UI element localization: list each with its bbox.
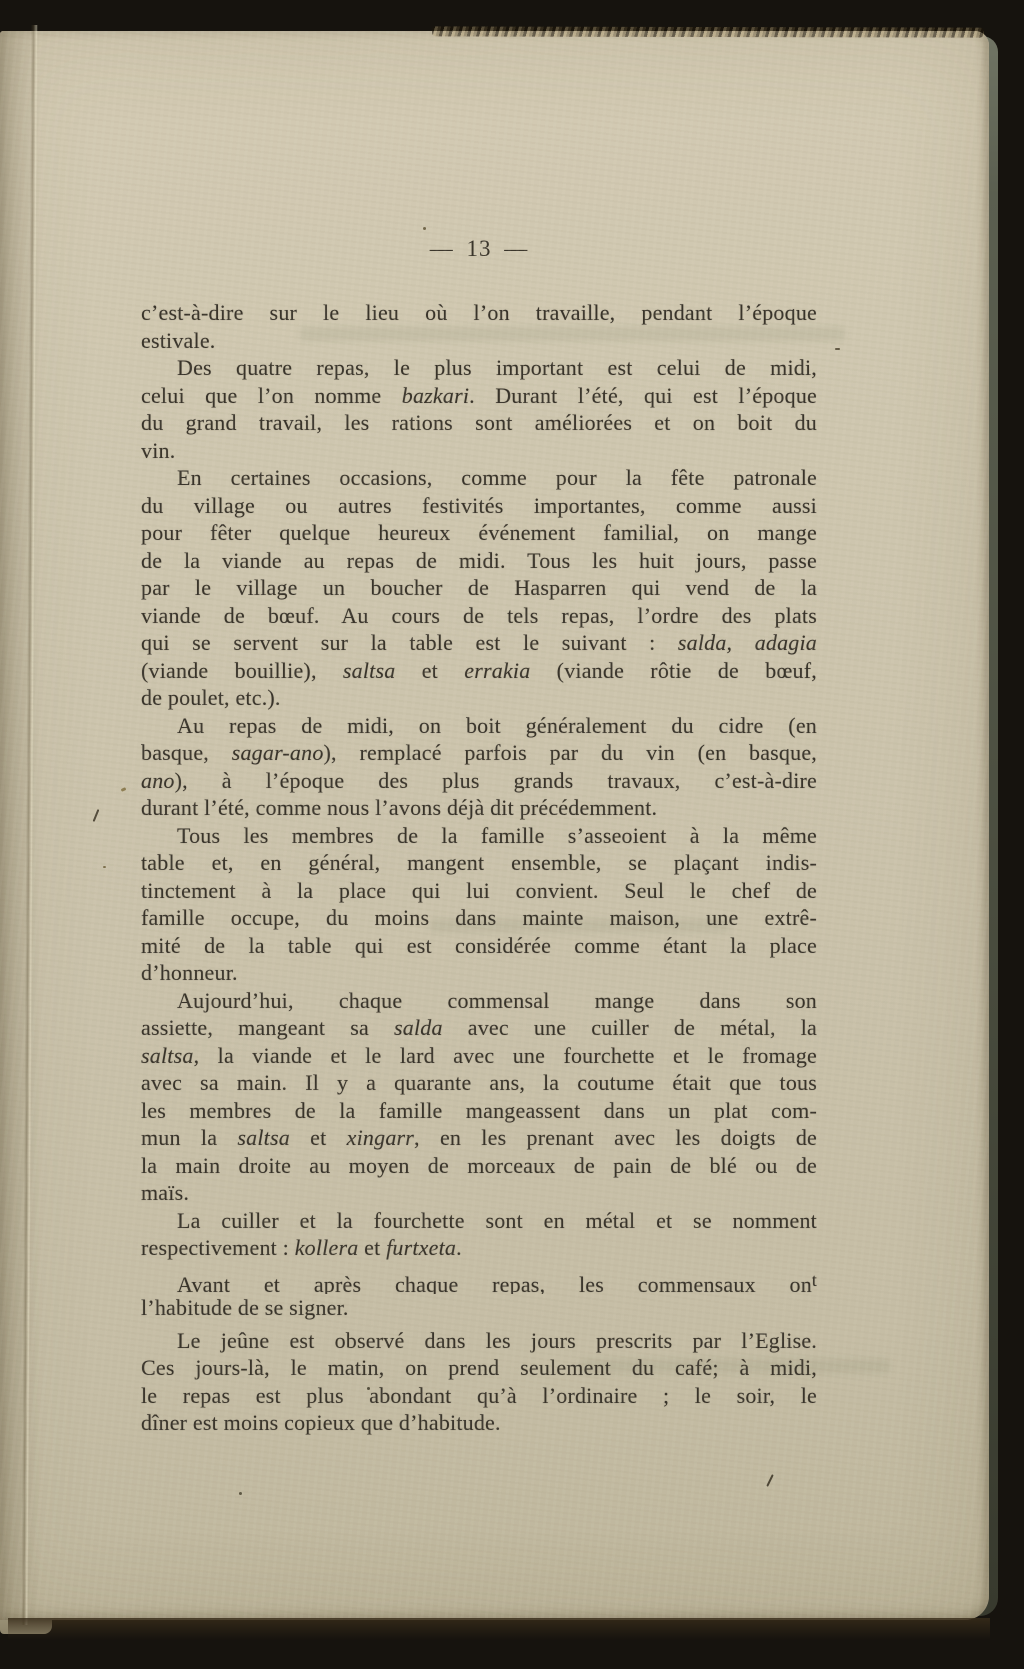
text-line: pour fêter quelque heureux événement fam… — [141, 519, 817, 547]
text-line: durant l’été, comme nous l’avons déjà di… — [141, 794, 817, 822]
scan-background: { "colors": { "background": "#16130e", "… — [0, 0, 1024, 1669]
paper-speck — [423, 227, 426, 230]
text-line: la main droite au moyen de morceaux de p… — [141, 1152, 817, 1180]
text-line: table et, en général, mangent ensemble, … — [141, 849, 817, 877]
text-line: famille occupe, du moins dans mainte mai… — [141, 904, 817, 932]
text-line: viande de bœuf. Au cours de tels repas, … — [141, 602, 817, 630]
text-line: les membres de la famille mangeassent da… — [141, 1097, 817, 1125]
text-line: Au repas de midi, on boit généralement d… — [141, 712, 817, 740]
text-line: assiette, mangeant sa salda avec une cui… — [141, 1014, 817, 1042]
paragraph: Avant et après chaque repas, les commens… — [141, 1267, 817, 1322]
text-line: l’habitude de se signer. — [141, 1294, 817, 1322]
paragraph: Tous les membres de la famille s’asseoie… — [141, 822, 817, 987]
text-line: estivale. — [141, 327, 817, 355]
text-line: basque, sagar-ano), remplacé parfois par… — [141, 739, 817, 767]
paragraph: Au repas de midi, on boit généralement d… — [141, 712, 817, 822]
page-number-header: — 13 — — [141, 236, 817, 262]
text-line: Avant et après chaque repas, les commens… — [141, 1267, 817, 1295]
text-line: le repas est plus abondant qu’à l’ordina… — [141, 1382, 817, 1410]
paragraph: En certaines occasions, comme pour la fê… — [141, 464, 817, 712]
text-line: mun la saltsa et xingarr, en les prenant… — [141, 1124, 817, 1152]
text-line: tinctement à la place qui lui convient. … — [141, 877, 817, 905]
text-line: Le jeûne est observé dans les jours pres… — [141, 1327, 817, 1355]
paragraph: Des quatre repas, le plus important est … — [141, 354, 817, 464]
text-line: dîner est moins copieux que d’habitude. — [141, 1409, 817, 1437]
margin-mark — [93, 809, 100, 822]
text-line: avec sa main. Il y a quarante ans, la co… — [141, 1069, 817, 1097]
text-line: Aujourd’hui, chaque commensal mange dans… — [141, 987, 817, 1015]
paragraph: Le jeûne est observé dans les jours pres… — [141, 1327, 817, 1437]
text-line: vin. — [141, 437, 817, 465]
text-line: de la viande au repas de midi. Tous les … — [141, 547, 817, 575]
text-line: Tous les membres de la famille s’asseoie… — [141, 822, 817, 850]
text-line: ano), à l’époque des plus grands travaux… — [141, 767, 817, 795]
text-line: (viande bouillie), saltsa et errakia (vi… — [141, 657, 817, 685]
text-line: En certaines occasions, comme pour la fê… — [141, 464, 817, 492]
text-line: La cuiller et la fourchette sont en méta… — [141, 1207, 817, 1235]
paper-speck — [103, 866, 106, 868]
book-page: — 13 — c’est-à-dire sur le lieu où l’on … — [0, 31, 989, 1620]
text-line: par le village un boucher de Hasparren q… — [141, 574, 817, 602]
text-line: d’honneur. — [141, 959, 817, 987]
paper-speck — [835, 348, 840, 350]
text-line: Des quatre repas, le plus important est … — [141, 354, 817, 382]
text-line: Ces jours-là, le matin, on prend seuleme… — [141, 1354, 817, 1382]
paper-speck — [239, 1492, 242, 1495]
text-line: respectivement : kollera et furtxeta. — [141, 1234, 817, 1262]
paper-speck — [367, 1387, 370, 1390]
text-line: celui que l’on nomme bazkari. Durant l’é… — [141, 382, 817, 410]
text-line: de poulet, etc.). — [141, 684, 817, 712]
margin-mark — [766, 1474, 773, 1487]
text-line: du grand travail, les rations sont améli… — [141, 409, 817, 437]
paper-speck — [121, 787, 127, 792]
text-block: c’est-à-dire sur le lieu où l’on travail… — [141, 299, 817, 1437]
text-line: saltsa, la viande et le lard avec une fo… — [141, 1042, 817, 1070]
text-line: qui se servent sur la table est le suiva… — [141, 629, 817, 657]
deckle-top-edge — [432, 26, 984, 37]
text-line: maïs. — [141, 1179, 817, 1207]
text-line: c’est-à-dire sur le lieu où l’on travail… — [141, 299, 817, 327]
text-line: mité de la table qui est considérée comm… — [141, 932, 817, 960]
page-bottom-shadow — [8, 1618, 990, 1642]
paragraph: La cuiller et la fourchette sont en méta… — [141, 1207, 817, 1262]
paragraph: c’est-à-dire sur le lieu où l’on travail… — [141, 299, 817, 354]
paragraph: Aujourd’hui, chaque commensal mange dans… — [141, 987, 817, 1207]
text-line: du village ou autres festivités importan… — [141, 492, 817, 520]
